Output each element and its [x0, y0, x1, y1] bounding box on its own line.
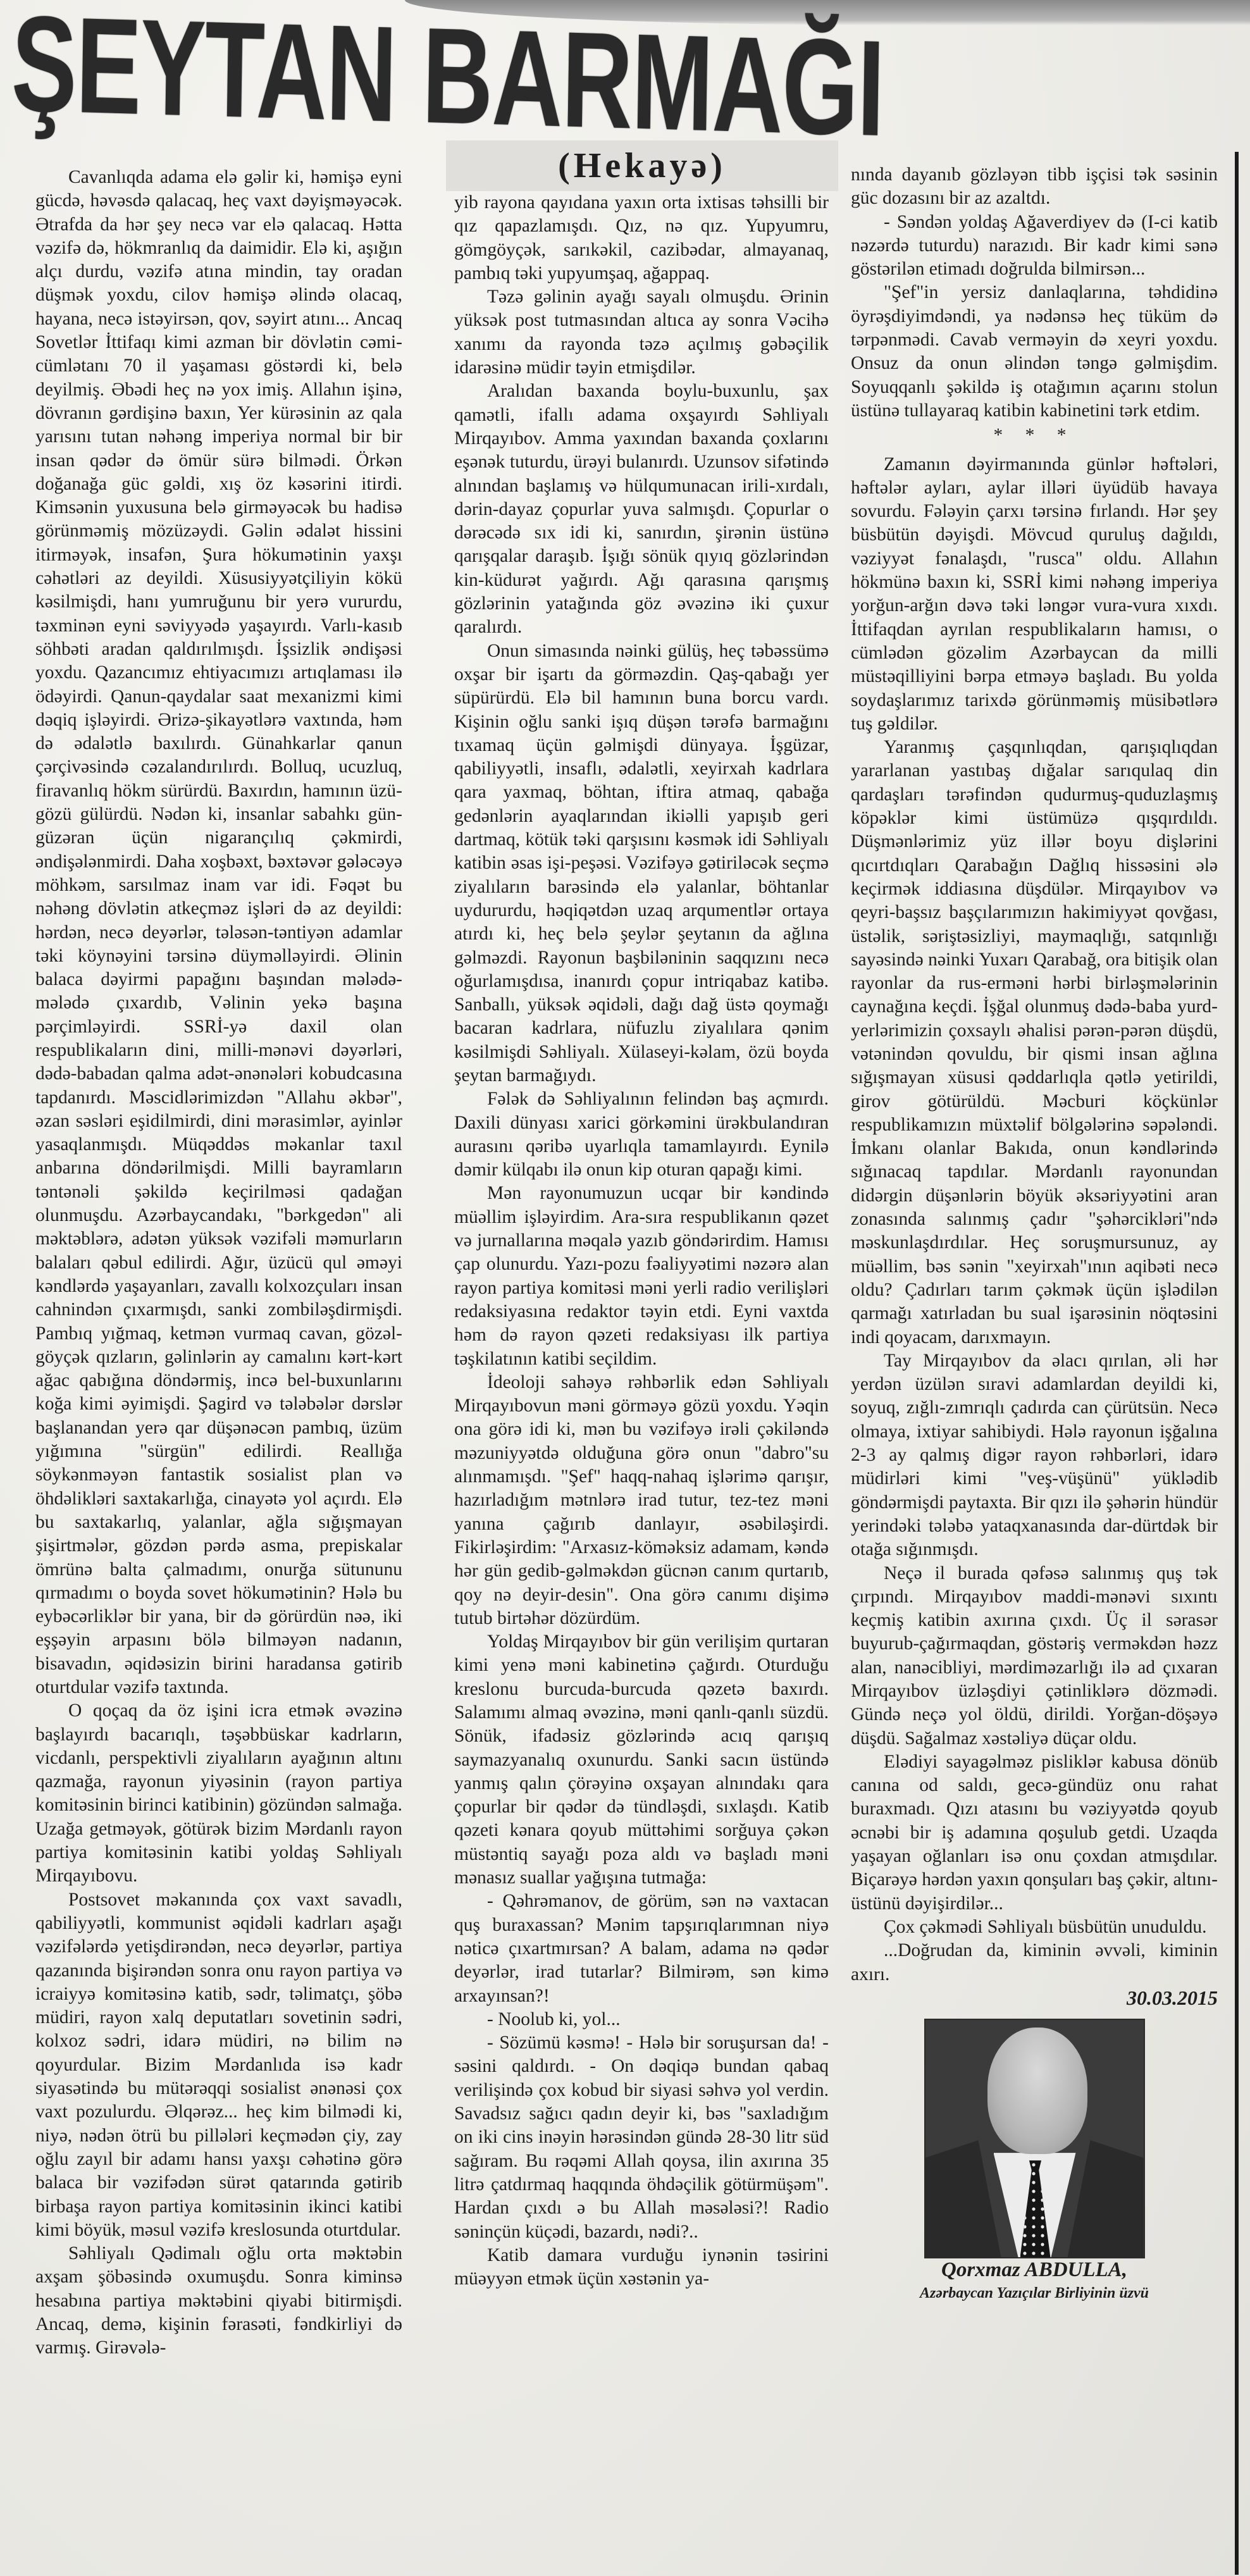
author-name: Qorxmaz ABDULLA, [851, 2258, 1218, 2282]
subtitle-box: (Hekayə) [446, 140, 838, 191]
photo-head [987, 2028, 1087, 2154]
article-date: 30.03.2015 [851, 1986, 1218, 2010]
paragraph: Elədiyi sayagəlməz pisliklər kabusa dönü… [851, 1750, 1218, 1916]
photo-jacket-right [1068, 2140, 1144, 2257]
section-separator: * * * [851, 424, 1218, 447]
paragraph: Yaranmış çaşqınlıqdan, qarışıqlıqdan yar… [851, 736, 1218, 1349]
paragraph: O qoçaq da öz işini icra etmək əvəzinə b… [35, 1699, 402, 1888]
paragraph: Katib damara vurduğu iynənin təsirini mü… [454, 2244, 829, 2291]
paragraph: Yoldaş Mirqayıbov bir gün verilişim qurt… [454, 1630, 829, 1890]
author-role: Azərbaycan Yazıçılar Birliyinin üzvü [851, 2282, 1218, 2305]
column-right: nında dayanıb gözləyən tibb işçisi tək s… [851, 163, 1218, 2306]
newspaper-page: ŞEYTAN BARMAĞI (Hekayə) Cavanlıqda adama… [0, 0, 1250, 2576]
paragraph: İdeoloji sahəyə rəhbərlik edən Səhliyalı… [454, 1371, 829, 1630]
article-subtitle: (Hekayə) [558, 146, 726, 186]
paragraph: Onun simasında nəinki gülüş, heç təbəssü… [454, 640, 829, 1088]
paragraph: Cavanlıqda adama elə gəlir ki, həmişə ey… [35, 166, 402, 1699]
paragraph: Səhliyalı Qədimalı oğlu orta məktəbin ax… [35, 2242, 402, 2360]
paragraph: Çox çəkmədi Səhliyalı büsbütün unuduldu. [851, 1916, 1218, 1939]
paragraph: ...Doğrudan da, kiminin əvvəli, kiminin … [851, 1939, 1218, 1986]
paragraph: Tay Mirqayıbov da əlacı qırılan, əli hər… [851, 1349, 1218, 1562]
paragraph: Fələk də Səhliyalının felindən baş açmır… [454, 1087, 829, 1182]
paragraph: Aralıdan baxanda boylu-buxunlu, şax qamə… [454, 380, 829, 639]
photo-jacket-left [925, 2140, 1001, 2257]
paragraph: Təzə gəlinin ayağı sayalı olmuşdu. Ərini… [454, 285, 829, 380]
article-title: ŞEYTAN BARMAĞI [11, 0, 901, 152]
paragraph: Neçə il burada qəfəsə salınmış quş tək ç… [851, 1562, 1218, 1750]
column-rule [1235, 152, 1239, 2575]
paragraph: Zamanın dəyirmanında günlər həftələri, h… [851, 453, 1218, 736]
author-photo [924, 2019, 1145, 2258]
dialogue-line: - Səndən yoldaş Ağaverdiyev də (I-ci kat… [851, 211, 1218, 282]
paragraph: "Şef"in yersiz danlaqlarına, təhdidinə ö… [851, 281, 1218, 423]
dialogue-line: - Sözümü kəsmə! - Hələ bir soruşursan da… [454, 2031, 829, 2244]
paragraph: nında dayanıb gözləyən tibb işçisi tək s… [851, 163, 1218, 211]
dialogue-line: - Qəhrəmanov, de görüm, sən nə vaxtacan … [454, 1890, 829, 2007]
column-left: Cavanlıqda adama elə gəlir ki, həmişə ey… [35, 166, 402, 2360]
paragraph: yib rayona qayıdana yaxın orta ixtisas t… [454, 191, 829, 285]
paragraph: Mən rayonumuzun ucqar bir kəndində müəll… [454, 1182, 829, 1370]
dialogue-line: - Noolub ki, yol... [454, 2008, 829, 2031]
paragraph: Postsovet məkanında çox vaxt savadlı, qa… [35, 1888, 402, 2242]
column-middle: yib rayona qayıdana yaxın orta ixtisas t… [454, 191, 829, 2291]
